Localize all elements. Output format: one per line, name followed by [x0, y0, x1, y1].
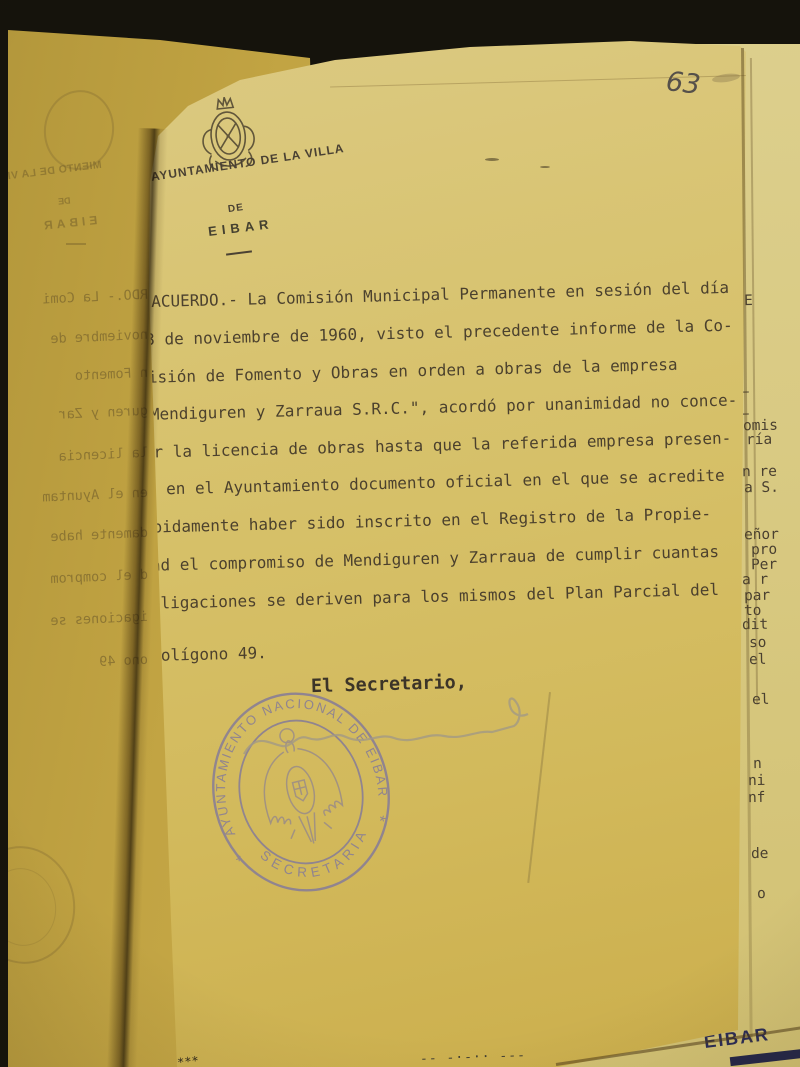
typed-marks: -- -·-·· ---	[420, 1048, 526, 1067]
letterhead-crest-icon	[178, 89, 280, 198]
folio-number: 63	[664, 66, 702, 101]
showthrough-text-line: guren y Zar	[2, 403, 149, 425]
body-line-5: der la licencia de obras hasta que la re…	[134, 428, 732, 462]
page-fragment: ría	[746, 432, 772, 448]
page-fragment: eñor	[744, 527, 779, 544]
next-page-title-underline	[730, 1049, 800, 1066]
showthrough-letterhead-line: MIENTO DE LA VIL	[0, 159, 102, 183]
showthrough-text-line: damente habe	[2, 525, 149, 547]
showthrough-text-line: noviembre de	[2, 327, 149, 349]
page-fragment: de	[751, 846, 769, 862]
body-line-7: debidamente haber sido inscrito en el Re…	[133, 504, 711, 537]
showthrough-letterhead-line: DE	[58, 195, 71, 206]
showthrough-text-line: igaciones se	[2, 609, 149, 631]
page-fragment: n	[753, 756, 762, 772]
letterhead-underline	[226, 250, 252, 255]
document-photo: MIENTO DE LA VIL DE EIBAR RDO.- La Comi …	[0, 0, 800, 1067]
showthrough-text-line: n Fomento	[2, 365, 149, 387]
ink-smudge	[712, 72, 741, 84]
body-line-3: misión de Fomento y Obras en orden a obr…	[138, 355, 678, 387]
showthrough-letterhead-dash	[66, 243, 86, 245]
page-fragment: ni	[748, 773, 766, 789]
page-fragment: a S.	[744, 480, 779, 497]
body-line-4: "Mendiguren y Zarraua S.R.C.", acordó po…	[140, 390, 738, 424]
body-line-6: te en el Ayuntamiento documento oficial …	[137, 466, 725, 499]
showthrough-letterhead-line: EIBAR	[39, 213, 97, 233]
signature	[230, 680, 590, 900]
body-line-2: 3 de noviembre de 1960, visto el precede…	[145, 316, 733, 349]
page-fragment: so	[749, 635, 767, 651]
showthrough-text-line: RDO.- La Comi	[2, 287, 149, 309]
showthrough-text-line: ono 49	[2, 652, 149, 674]
showthrough-text-line: d el comprom	[2, 567, 149, 589]
letterhead-subtitle: DE	[227, 202, 244, 215]
showthrough-text-line: en el Ayuntam	[2, 485, 149, 507]
body-line-8: dad el compromiso de Mendiguren y Zarrau…	[141, 542, 719, 575]
page-fragment: o	[757, 886, 766, 902]
page-fragment: el	[752, 692, 770, 708]
body-line-9: obligaciones se deriven para los mismos …	[141, 580, 719, 613]
body-line-10: Polígono 49.	[151, 643, 267, 665]
letterhead-city: EIBAR	[207, 216, 274, 239]
showthrough-text-line: la licencia	[2, 445, 149, 467]
body-line-1: ACUERDO.- La Comisión Municipal Permanen…	[151, 278, 729, 311]
